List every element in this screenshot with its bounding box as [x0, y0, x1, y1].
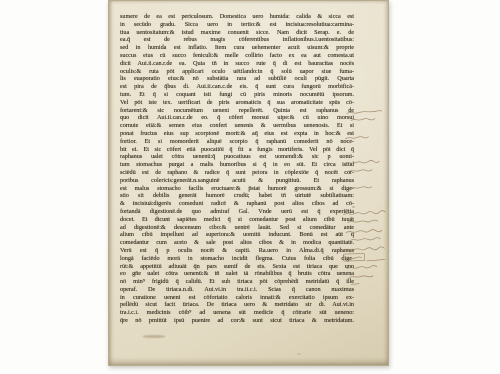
handwritten-note: [345, 137, 368, 139]
text-line: raphanus ualet cōtra uenenū:q̄ puocatiuu…: [120, 153, 354, 161]
handwritten-note: [351, 118, 375, 120]
text-line: est malus stomacho facilis eructuare:& p…: [120, 185, 354, 193]
text-line: cornute etiā:& semen eius confert ueneni…: [120, 122, 354, 130]
handwritten-note: [348, 220, 378, 223]
text-line: eo gn̄e ualet cōtra uenenū:& tn̄ ualet t…: [120, 270, 354, 278]
text-line: rūt:& appetitūi adiuuāt q̄n pars sumif d…: [120, 263, 354, 271]
ink-speck: [297, 353, 301, 355]
text-line: tum stomachus purgat a malis humoribus s…: [120, 161, 354, 169]
handwritten-note: [349, 187, 372, 189]
ink-smudge: [143, 335, 165, 338]
text-line: poribus colericis:generāt.n.sanguinē acu…: [120, 177, 354, 185]
text-line: pellēdū sicut facit tiriaca. De tiriaca …: [120, 301, 354, 309]
text-line: ponat fructus eius sup scorpionē morit:&…: [120, 130, 354, 138]
text-line: dicit Aui.ii.can.r.de ea. Quia tn̄ in su…: [120, 60, 354, 68]
text-line: quo dicit Aui.ii.can.c.de eo. q̄ cōfert …: [120, 114, 354, 122]
text-line: sciēdū est de raphano & radice q̄ sunt p…: [120, 169, 354, 177]
handwritten-note: [347, 111, 382, 114]
text-line: succus eius cū succo feniculi:& melle co…: [120, 52, 354, 60]
text-line: stio sit debilis generāt humorē crudū; h…: [120, 192, 354, 200]
text-line: fortandā digestionē.de quo admiraf Gal. …: [120, 208, 354, 216]
text-line: in secūdo gradu. Sicca uero in tertio:& …: [120, 21, 354, 29]
text-line: fortarent:& sic nocumētum ueneni repelle…: [120, 107, 354, 115]
handwritten-note: [349, 276, 373, 278]
text-line: alium cibū impellunt ad superiora:& uomi…: [120, 231, 354, 239]
text-line: sed in humida est inflatio. Item cura ue…: [120, 44, 354, 52]
text-line: comedantur cum aceto & sale post alios c…: [120, 239, 354, 247]
text-line: longā faciēdo morā in stomacho incidit f…: [120, 255, 354, 263]
handwritten-dash: [351, 284, 359, 285]
handwritten-note: [342, 247, 384, 251]
handwritten-note: [350, 238, 380, 241]
text-line: fortior. Et si momorderit aliquē scorpio…: [120, 138, 354, 146]
text-line: tra.i.c.i. medicinis cōib⁹ ad uenena sūt…: [120, 309, 354, 317]
text-line: tiua uentositatum:& istud maxime conueni…: [120, 29, 354, 37]
text-line: & incisiuā:digerēs comedunt radicē & rap…: [120, 200, 354, 208]
text-line: q̄re nō pmittūt ipsū puenire ad cor:& su…: [120, 317, 354, 325]
text-line: operaf. De tiriaca.n.di. Aui.vi.in tra.i…: [120, 286, 354, 294]
book-page: sumere de ea est periculosum. Domestica …: [108, 0, 389, 366]
text-line: in curatione ueneni est cōfortatio calor…: [120, 294, 354, 302]
text-line: Vel pōt iste tex. uerificari de piris ar…: [120, 99, 354, 107]
text-line: lis euaporatio eius:& nō substātia rara …: [120, 75, 354, 83]
text-line: oculis:& ruta pōt applicari oculo uētila…: [120, 68, 354, 76]
ink-speck: [352, 206, 355, 208]
handwritten-note: [347, 257, 362, 259]
handwritten-note: [344, 160, 379, 163]
handwritten-note: [346, 229, 382, 232]
text-line: ad digestionē:& descensum cibo:& uentrē …: [120, 224, 354, 232]
text-line: bit ei. Et sic cōfert etiā puocatiōi q̄ …: [120, 146, 354, 154]
text-line: ea.q̄ est de rebus magis cōferentibus in…: [120, 36, 354, 44]
printed-text-block: sumere de ea est periculosum. Domestica …: [120, 13, 354, 325]
handwritten-underline: [367, 259, 385, 260]
text-line: sumere de ea est periculosum. Domestica …: [120, 13, 354, 21]
text-line: tum. Et q̄ si coquant isti fungi cū piri…: [120, 91, 354, 99]
text-line: est pira de q̄bus di. Aui.ii.can.c.de ei…: [120, 83, 354, 91]
handwritten-note: [343, 211, 385, 215]
handwritten-note: [348, 170, 372, 172]
text-line: Verū est q̄ p oculis nocēt & capiti. Ra.…: [120, 247, 354, 255]
marginalia-notes: [333, 103, 396, 289]
text-line: nō min⁹ frigidū q̄ calidū. Et sub tiriac…: [120, 278, 354, 286]
text-line: docet. Et dicunt sapiētes medici q̄ si c…: [120, 216, 354, 224]
handwritten-note: [347, 266, 377, 269]
